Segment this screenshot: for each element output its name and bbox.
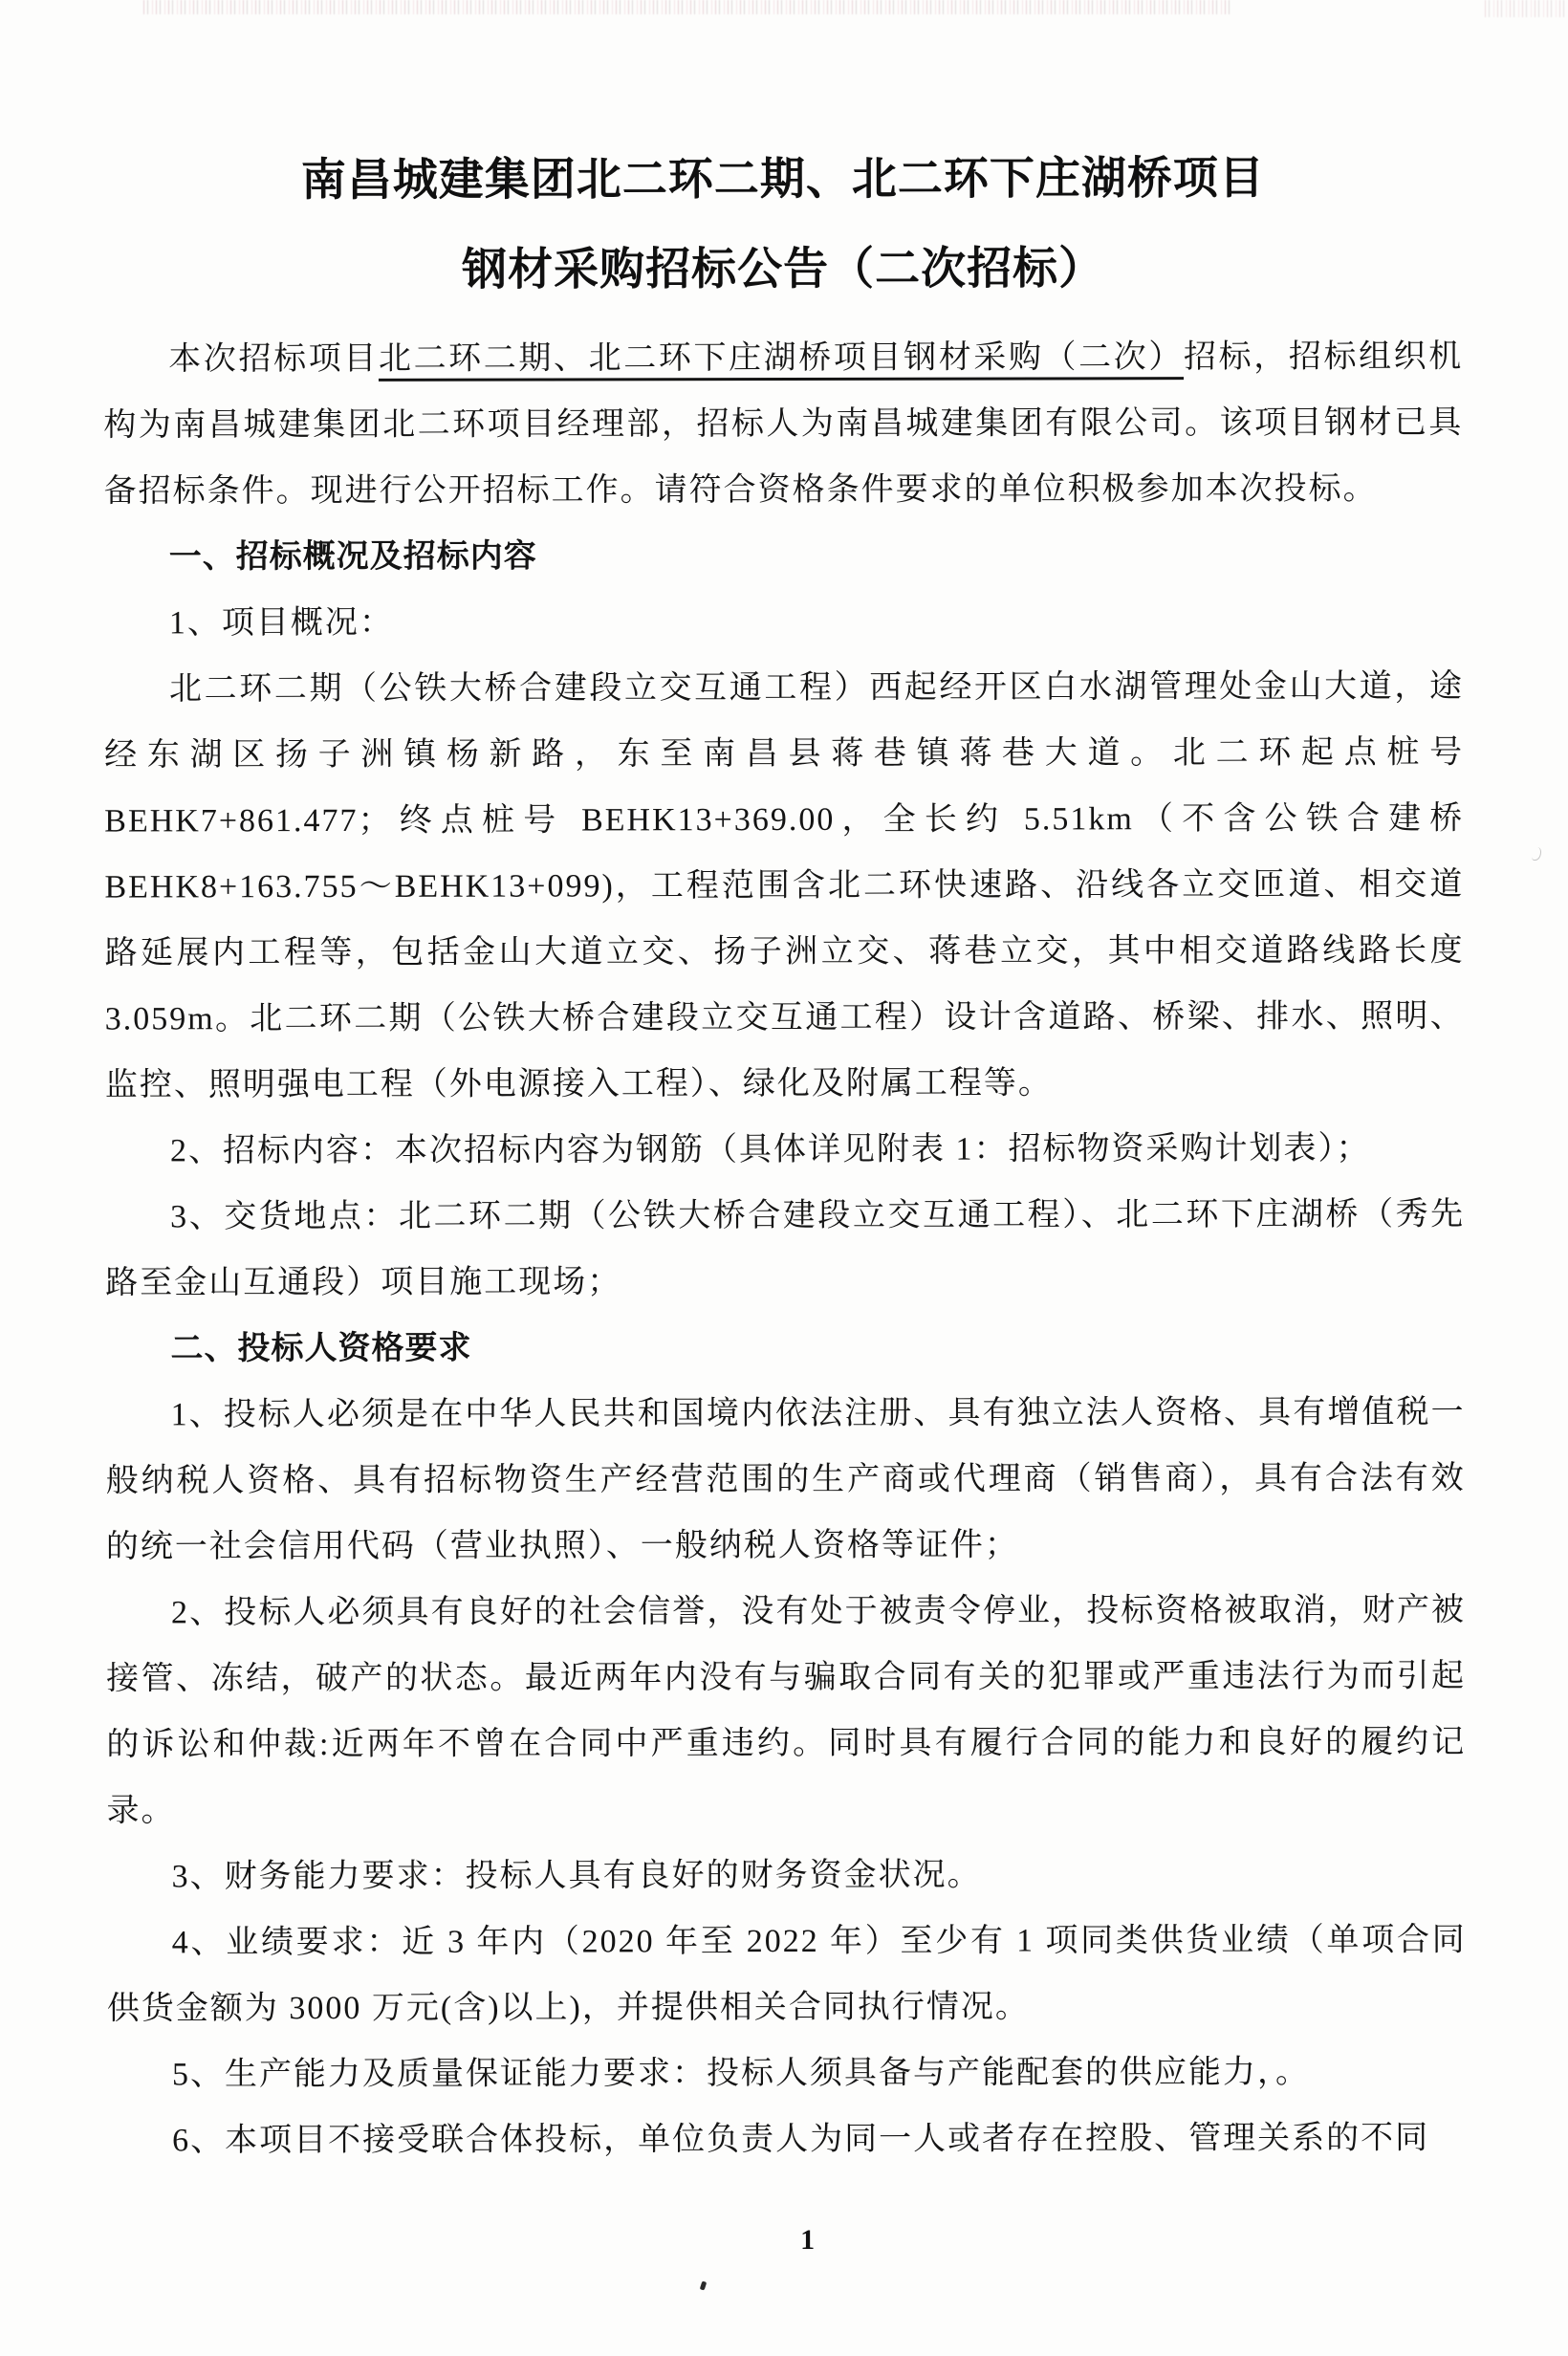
- underlined-project-name: 北二环二期、北二环下庄湖桥项目钢材采购（二次）: [379, 339, 1184, 377]
- page-number: 1: [0, 2224, 1568, 2257]
- scan-speck: [1532, 847, 1541, 861]
- qualification-item-6: 6、本项目不接受联合体投标，单位负责人为同一人或者存在控股、管理关系的不同: [107, 2105, 1467, 2174]
- document-content: 南昌城建集团北二环二期、北二环下庄湖桥项目 钢材采购招标公告（二次招标） 本次招…: [103, 133, 1467, 2174]
- document-body: 本次招标项目北二环二期、北二环下庄湖桥项目钢材采购（二次）招标，招标组织机构为南…: [103, 324, 1467, 2174]
- intro-text-pre: 本次招标项目: [168, 341, 379, 377]
- document-title-line2: 钢材采购招标公告（二次招标）: [103, 223, 1463, 316]
- document-title: 南昌城建集团北二环二期、北二环下庄湖桥项目 钢材采购招标公告（二次招标）: [103, 133, 1463, 316]
- project-overview-label: 1、项目概况：: [104, 588, 1464, 657]
- bid-content-item: 2、招标内容：本次招标内容为钢筋（具体详见附表 1：招标物资采购计划表）；: [105, 1116, 1465, 1185]
- document-title-line1: 南昌城建集团北二环二期、北二环下庄湖桥项目: [103, 133, 1463, 226]
- qualification-item-1: 1、投标人必须是在中华人民共和国境内依法注册、具有独立法人资格、具有增值税一般纳…: [106, 1380, 1466, 1581]
- intro-paragraph: 本次招标项目北二环二期、北二环下庄湖桥项目钢材采购（二次）招标，招标组织机构为南…: [103, 324, 1463, 525]
- delivery-location-item: 3、交货地点：北二环二期（公铁大桥合建段立交互通工程）、北二环下庄湖桥（秀先路至…: [105, 1182, 1465, 1317]
- section2-heading: 二、投标人资格要求: [105, 1314, 1465, 1383]
- scan-speck: [700, 2280, 708, 2290]
- scan-artifact-band: [1485, 0, 1568, 17]
- qualification-item-4: 4、业绩要求：近 3 年内（2020 年至 2022 年）至少有 1 项同类供货…: [107, 1908, 1467, 2042]
- document-page: 南昌城建集团北二环二期、北二环下庄湖桥项目 钢材采购招标公告（二次招标） 本次招…: [0, 0, 1568, 2356]
- qualification-item-3: 3、财务能力要求：投标人具有良好的财务资金状况。: [107, 1842, 1467, 1910]
- qualification-item-2: 2、投标人必须具有良好的社会信誉，没有处于被责令停业，投标资格被取消，财产被接管…: [106, 1578, 1467, 1844]
- scan-artifact-band: [143, 0, 1233, 14]
- project-overview-paragraph: 北二环二期（公铁大桥合建段立交互通工程）西起经开区白水湖管理处金山大道，途经东湖…: [104, 654, 1465, 1119]
- section1-heading: 一、招标概况及招标内容: [104, 522, 1464, 591]
- qualification-item-5: 5、生产能力及质量保证能力要求：投标人须具备与产能配套的供应能力，。: [107, 2040, 1467, 2108]
